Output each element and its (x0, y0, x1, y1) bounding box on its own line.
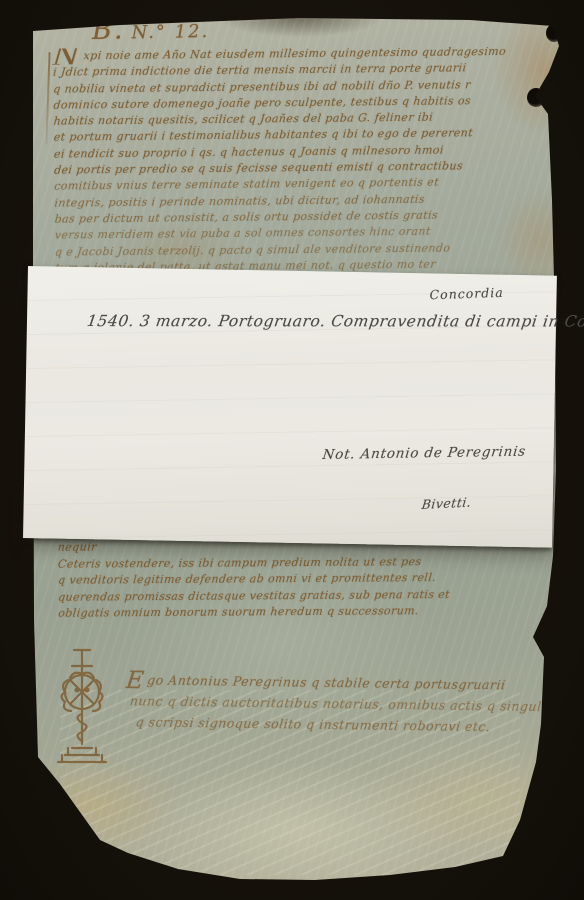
notary-subscription-block: Ego Antonius Peregrinus q stabile certa … (126, 669, 547, 738)
parchment-burn-spot (546, 24, 562, 42)
notary-sign-icon (46, 644, 118, 772)
slip-corner-note: Concordia (429, 285, 504, 303)
manuscript-line: obligatis omnium bonorum suorum heredum … (57, 603, 537, 623)
archivist-slip: Concordia 1540. 3 marzo. Portogruaro. Co… (23, 266, 557, 548)
manuscript-upper-block: Nxpi noie ame Año Nat eiusdem millesimo … (53, 43, 547, 276)
archive-number-rest: N.° 12. (131, 21, 209, 43)
archive-number-initial: B. (92, 14, 125, 46)
slip-regest-line: 1540. 3 marzo. Portogruaro. Compravendit… (86, 312, 584, 330)
archive-number: B. N.° 12. (92, 13, 210, 46)
slip-signature: Bivetti. (421, 494, 472, 512)
parchment-hole (527, 88, 545, 107)
archive-scan: B. N.° 12. Nxpi noie ame Año Nat eiusdem… (0, 0, 584, 900)
slip-notary-line: Not. Antonio de Peregrinis (322, 444, 527, 463)
manuscript-lower-block: nequir Ceteris vostendere, iss ibi campu… (58, 536, 537, 622)
manuscript-line-text: go Antonius Peregrinus q stabile certa p… (146, 672, 506, 692)
